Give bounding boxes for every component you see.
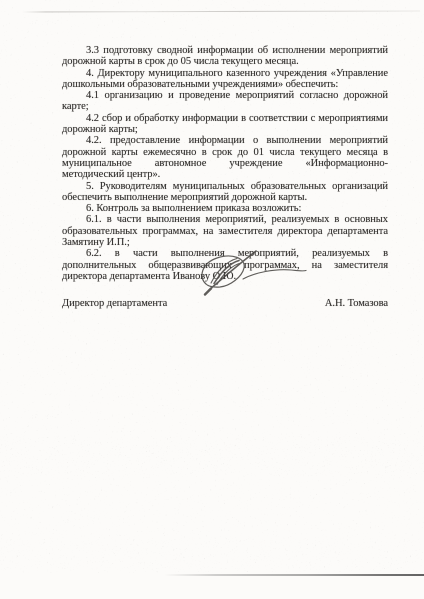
scan-artifact-bottom-line <box>164 574 424 576</box>
paragraph-6-1: 6.1. в части выполнения мероприятий, реа… <box>62 214 388 248</box>
paragraph-5: 5. Руководителям муниципальных образоват… <box>62 181 388 204</box>
paragraph-4-2b: 4.2. предоставление информации о выполне… <box>62 135 388 180</box>
signature-row: Директор департамента А.Н. Томазова <box>62 298 388 309</box>
paragraph-4-1: 4.1 организацию и проведение мероприятий… <box>62 90 388 113</box>
paragraph-3-3: 3.3 подготовку сводной информации об исп… <box>62 45 388 68</box>
paragraph-6: 6. Контроль за выполнением приказа возло… <box>62 203 388 214</box>
signatory-name: А.Н. Томазова <box>325 298 388 309</box>
document-body: 3.3 подготовку сводной информации об исп… <box>62 45 388 310</box>
paragraph-4-2a: 4.2 сбор и обработку информации в соотве… <box>62 113 388 136</box>
paragraph-6-2: 6.2. в части выполнения мероприятий, реа… <box>62 248 388 282</box>
paragraph-4: 4. Директору муниципального казенного уч… <box>62 68 388 91</box>
scanned-document-page: 3.3 подготовку сводной информации об исп… <box>0 0 424 599</box>
signatory-title: Директор департамента <box>62 298 167 309</box>
scan-artifact-top-line <box>22 10 420 12</box>
